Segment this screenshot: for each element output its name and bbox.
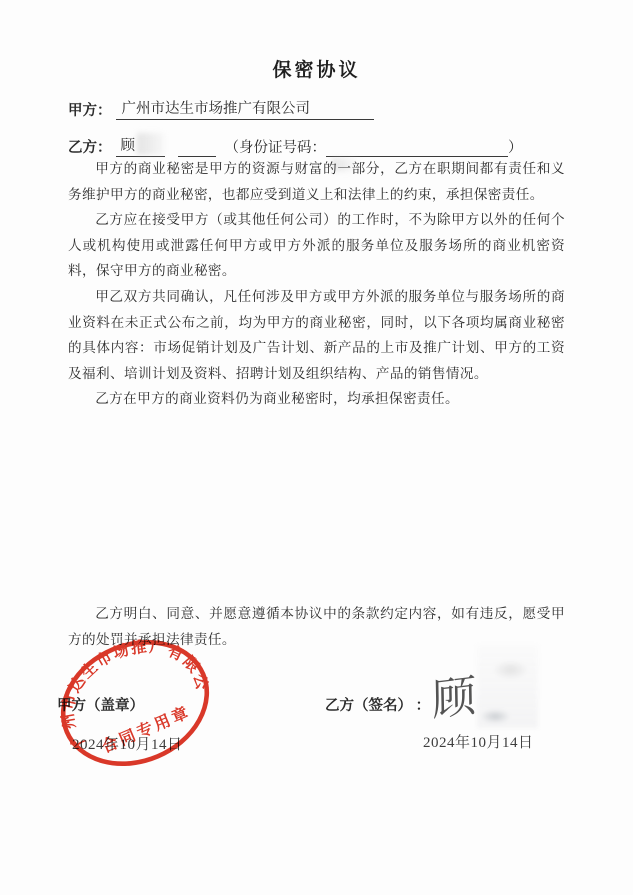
paragraph-2: 乙方应在接受甲方（或其他任何公司）的工作时，不为除甲方以外的任何个人或机构使用或… [68,207,565,284]
seal-type-text: 合同专用章 [99,702,194,757]
party-b-date: 2024年10月14日 [423,731,534,752]
party-a-line: 甲方：广州市达生市场推广有限公司 [68,99,374,120]
document-title: 保密协议 [0,55,633,82]
party-b-line: 乙方：顾（身份证号码：） [68,136,523,157]
id-close-paren: ） [508,140,523,156]
agreement-body: 甲方的商业秘密是甲方的资源与财富的一部分，乙方在职期间都有责任和义务维护甲方的商… [68,156,565,412]
paragraph-3: 甲乙双方共同确认，凡任何涉及甲方或甲方外派的服务单位与服务场所的商业资料在未正式… [68,284,565,386]
party-b-name-text: 顾 [121,138,136,154]
party-b-sign-label: 乙方（签名） ： [325,694,430,715]
party-b-name: 顾 [116,137,165,157]
id-number-label: （身份证号码： [225,140,327,156]
document-page: 保密协议 甲方：广州市达生市场推广有限公司 乙方：顾（身份证号码：） 甲方的商业… [0,0,633,895]
paragraph-4: 乙方在甲方的商业资料仍为商业秘密时，均承担保密责任。 [68,386,565,412]
party-a-name: 广州市达生市场推广有限公司 [116,100,374,120]
party-b-handwritten-signature: 顾 [432,659,477,729]
company-seal-stamp: 广州市达生市场推广有限公司 合同专用章 [45,623,225,783]
redaction-blur [137,133,164,155]
party-b-label: 乙方： [68,140,112,156]
paragraph-1: 甲方的商业秘密是甲方的资源与财富的一部分，乙方在职期间都有责任和义务维护甲方的商… [68,156,565,207]
signature-redaction-blur [477,645,538,728]
party-a-label: 甲方： [68,103,112,119]
